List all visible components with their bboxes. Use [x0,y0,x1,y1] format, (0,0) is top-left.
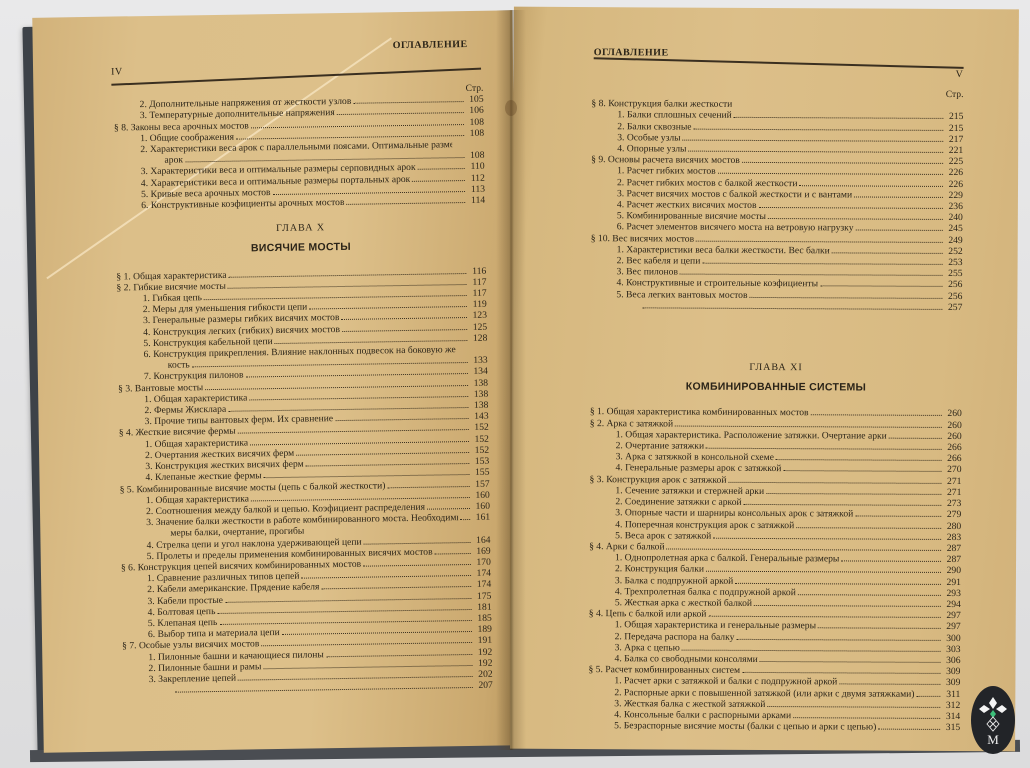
page-number: V [956,69,964,80]
dot-leader [335,411,469,421]
toc-entry-title: 5. Комбинированные висячие мосты [617,210,766,222]
svg-text:M: M [987,732,999,747]
toc-entry-page: 225 [945,156,963,167]
dot-leader [728,475,941,484]
dot-leader [702,256,942,265]
toc-entry-page: 174 [473,579,491,590]
toc-entry-title: 5. Веса арок с затяжкой [615,530,711,542]
toc-entry-page: 245 [945,223,963,234]
toc-entry-title: 4. Расчет жестких висячих мостов [617,199,757,211]
toc-entry-page: 226 [945,179,963,190]
toc-entry-title: 4. Консольные балки с распорными арками [614,709,791,721]
toc-entry-title: 1. Расчет гибких мостов [617,166,716,178]
toc-entry-page: 287 [943,554,961,565]
dot-leader [776,452,942,461]
dot-leader [832,245,943,254]
toc-entry-page: 303 [943,644,961,655]
dot-leader [460,512,470,520]
dot-leader [680,267,943,276]
dot-leader [683,132,944,141]
dot-leader [363,557,471,567]
toc-entry-page: 217 [945,134,963,145]
toc-entry-page: 174 [473,568,491,579]
toc-entry-title: 3. Жесткая балка с жесткой затяжкой [614,698,765,710]
dot-leader [750,290,943,299]
dot-leader [321,579,471,589]
toc-entry-page: 189 [474,624,492,635]
toc-entry-page: 170 [473,557,491,568]
dot-leader [799,178,943,187]
dot-leader [811,408,942,417]
toc-entry-title: 1. Гибкая цепь [143,292,202,304]
toc-entry-title: 5. Безраспорные висячие мосты (балки с ц… [614,720,876,733]
toc-entry-page: 314 [942,711,960,722]
toc-entry-title: 1. Сечение затяжки и стержней арки [615,485,764,497]
dot-leader [434,546,470,555]
toc-chapter-entries: § 1. Общая характеристика116§ 2. Гибкие … [116,265,493,696]
toc-entry-page: 236 [945,201,963,212]
toc-entry-title: 4. Генеральные размеры арок с затяжкой [616,463,782,475]
dot-leader [275,333,468,344]
toc-entry-page: 309 [942,677,960,688]
toc-entry-page: 169 [473,545,491,556]
dot-leader [708,609,940,618]
dot-leader [353,94,463,104]
toc-entry-page: 192 [474,646,492,657]
dot-leader [854,189,943,197]
toc-entry: 257 [590,300,962,313]
toc-entry-page: 160 [472,489,490,500]
toc-entry-page: 229 [945,190,963,201]
toc-entry-title: 3. Арка с цепью [615,642,680,654]
toc-entry-page: 138 [470,400,488,411]
toc-entry-page: 134 [470,366,488,377]
toc-entry-page: 152 [471,445,489,456]
toc-entry-title: 2. Балки сквозные [617,121,691,133]
dot-leader [818,621,941,630]
toc-entry-page: 128 [469,333,487,344]
dot-leader [418,161,465,170]
table-of-contents: Стр. § 8. Конструкция балки жесткости1. … [588,87,963,733]
toc-entry-page: 293 [943,588,961,599]
chapter-label: ГЛАВА XI [590,361,962,374]
dot-leader [735,575,941,584]
ornament-logo-icon: M [978,693,1008,747]
toc-entry-page: 312 [942,700,960,711]
toc-entry-page: 256 [944,279,962,290]
toc-entry-page: 290 [943,565,961,576]
toc-entry-title: 2. Конструкция балки [615,564,704,576]
toc-entry-page: 215 [945,111,963,122]
dot-leader [694,121,944,130]
toc-entry-page: 260 [944,420,962,431]
toc-entry-page: 283 [943,532,961,543]
toc-entry-page: 191 [474,635,492,646]
toc-entry-page: 279 [943,509,961,520]
toc-entry-page: 161 [472,512,490,523]
toc-entry-page: 108 [466,128,484,139]
toc-entry-page: 271 [943,476,961,487]
chapter-title: КОМБИНИРОВАННЫЕ СИСТЕМЫ [590,381,962,394]
toc-entry-page: 280 [943,520,961,531]
toc-entry-page: 119 [469,299,487,310]
toc-entry-page: 133 [470,355,488,366]
toc-entry-page: 271 [943,487,961,498]
toc-entry-page: 311 [942,688,960,699]
dot-leader [346,195,465,205]
toc-entry-page: 240 [945,212,963,223]
toc-entry-page: 152 [471,433,489,444]
toc-entry-page: 260 [944,431,962,442]
toc-entry-page: 207 [475,680,493,691]
toc-entry-page: 155 [471,467,489,478]
toc-entry-title: 3. Арка с затяжкой в консольной схеме [616,452,774,464]
dot-leader [734,110,944,119]
dot-leader [766,486,941,495]
dot-leader [742,155,943,164]
dot-leader [706,441,942,450]
toc-section-previous: 2. Дополнительные напряжения от жесткост… [114,94,486,212]
toc-entry-page: 253 [945,257,963,268]
dot-leader [754,598,941,607]
dot-leader [759,200,943,209]
toc-entry-page: 297 [943,610,961,621]
toc-entry: 5. Безраспорные висячие мосты (балки с ц… [588,720,960,733]
running-head: ОГЛАВЛЕНИЕ [393,39,468,51]
toc-entry-page: 117 [469,288,487,299]
toc-entry-title: арок [164,155,183,166]
toc-entry-page: 108 [466,150,484,161]
dot-leader [306,456,470,467]
toc-entry-page: 257 [944,302,962,313]
dot-leader [889,431,942,439]
toc-entry-title: 3. Вес пилонов [617,266,679,278]
toc-entry-page: 105 [466,94,484,105]
dot-leader [387,479,469,488]
toc-entry-page: 221 [945,145,963,156]
toc-entry-page: 294 [943,599,961,610]
toc-entry-title: 3. Балка с подпружной аркой [615,575,733,587]
toc-entry-title: 4. Балка со свободными консолями [615,653,758,665]
dot-leader [706,564,941,573]
watermark-badge: M [971,686,1015,754]
toc-entry-page: 108 [466,116,484,127]
dot-leader [667,541,942,550]
dot-leader [878,722,940,730]
dot-leader [296,445,469,456]
toc-entry-page: 123 [469,310,487,321]
toc-entry-page: 175 [473,590,491,601]
dot-leader [457,344,467,352]
dot-leader [783,464,941,473]
toc-entry-title: § 2. Арка с затяжкой [590,418,673,430]
dot-leader [841,554,941,563]
dot-leader [855,223,942,231]
toc-entry-page: 309 [942,666,960,677]
dot-leader [642,300,942,310]
page-number: IV [111,66,123,77]
dot-leader [341,310,467,320]
toc-entry-page: 143 [470,411,488,422]
toc-chapter-entries: § 1. Общая характеристика комбинированны… [588,407,962,734]
toc-entry-page: 297 [943,621,961,632]
dot-leader [820,279,942,288]
dot-leader [675,418,942,427]
dot-leader [364,535,471,545]
dot-leader [282,624,472,635]
dot-leader [767,699,940,708]
dot-leader [839,677,940,686]
toc-entry-title: § 8. Конструкция балки жесткости [591,98,732,110]
toc-entry-page: 252 [945,246,963,257]
toc-entry-title: 4. Опорные узлы [617,143,686,155]
toc-entry-page: 112 [467,172,485,183]
toc-entry-page: 202 [475,669,493,680]
dot-leader [713,530,941,539]
toc-entry-title: 6. Конструктивные коэфициенты арочных мо… [141,197,344,211]
toc-entry-page: 152 [471,422,489,433]
toc-entry-page: 106 [466,105,484,116]
dot-leader [718,166,943,175]
toc-entry-page: 116 [468,265,486,276]
dot-leader [272,184,465,195]
toc-entry-title: 2. Расчет гибких мостов с балкой жесткос… [617,177,798,189]
toc-entry-title: § 5. Расчет комбинированных систем [588,664,740,676]
toc-entry-title: § 4. Цепь с балкой или аркой [589,608,707,620]
toc-entry-title: 5. Веса легких вантовых мостов [616,289,747,301]
toc-entry-title: 2. Передача распора на балку [615,631,735,643]
dot-leader [736,631,940,640]
toc-entry-title: § 3. Конструкция арок с затяжкой [589,474,726,486]
toc-entry-page: 117 [468,277,486,288]
dot-leader [793,710,940,719]
toc-entry-page: 138 [470,389,488,400]
dot-leader [337,105,464,115]
toc-entry-page: 185 [474,613,492,624]
dot-leader [229,266,467,278]
toc-entry-title: 2. Вес кабеля и цепи [617,255,701,267]
dot-leader [855,509,941,517]
chapter-title: ВИСЯЧИЕ МОСТЫ [116,240,486,257]
toc-entry-page: 256 [944,291,962,302]
toc-entry-title: § 9. Основы расчета висячих мостов [591,154,740,166]
toc-entry-title: 2. Очертание затяжки [616,440,705,452]
toc-entry-page: 110 [467,161,485,172]
dot-leader [916,688,940,696]
toc-entry-page: 181 [473,601,491,612]
dot-leader [454,139,464,147]
right-page: ОГЛАВЛЕНИЕ V Стр. § 8. Конструкция балки… [510,7,1019,752]
toc-entry-page: 291 [943,576,961,587]
toc-entry-page: 287 [943,543,961,554]
toc-entry-page: 315 [942,722,960,733]
dot-leader [689,144,944,153]
dot-leader [742,665,940,674]
toc-entry-title: 4. Трехпролетная балка с подпружной арко… [615,586,796,598]
toc-entry-page: 266 [944,442,962,453]
toc-entry-title: 3. Особые узлы [617,132,680,144]
toc-entry-title: 2. Соединение затяжки с аркой [615,496,741,508]
table-of-contents: Стр. 2. Дополнительные напряжения от жес… [113,83,493,697]
toc-entry-page: 300 [943,632,961,643]
toc-entry-page: 114 [467,195,485,206]
dot-leader [734,99,943,108]
dot-leader [744,497,942,506]
toc-entry-page: 192 [474,657,492,668]
toc-entry-page: 226 [945,167,963,178]
toc-entry-title: 4. Поперечная конструкция арок с затяжко… [615,519,794,531]
dot-leader [427,501,470,510]
toc-entry-page: 138 [470,377,488,388]
toc-entry-page: 260 [944,408,962,419]
dot-leader [309,299,467,309]
toc-entry-page: 125 [469,321,487,332]
toc-entry-page: 249 [945,235,963,246]
toc-entry-page: 255 [945,268,963,279]
toc-entry-page: 273 [943,498,961,509]
toc-entry-page: 306 [942,655,960,666]
dot-leader [412,173,465,182]
toc-entry-page: 113 [467,184,485,195]
dot-leader [301,568,471,579]
toc-entry-title: 5. Жесткая арка с жесткой балкой [615,597,752,609]
dot-leader [760,654,941,663]
toc-section-previous: § 8. Конструкция балки жесткости1. Балки… [590,98,963,313]
toc-entry-title: 1. Балки сплошных сечений [617,110,732,122]
dot-leader [682,642,941,651]
dot-leader [696,233,943,242]
header-rule [594,57,964,69]
toc-entry-page: 266 [944,453,962,464]
toc-entry-title: § 10. Вес висячих мостов [591,233,694,245]
toc-entry-page: 270 [943,464,961,475]
toc-entry-page: 160 [472,501,490,512]
toc-entry-title: кость [168,360,190,372]
dot-leader [768,211,943,220]
dot-leader [342,322,467,332]
toc-entry-page: 157 [472,478,490,489]
dot-leader [306,523,470,534]
dot-leader [326,647,473,657]
dot-leader [798,587,941,596]
toc-entry-page: 215 [945,123,963,134]
dot-leader [796,520,941,529]
toc-entry-title: § 4. Арки с балкой [589,541,665,553]
page-stain [505,100,517,116]
toc-entry-page: 153 [471,456,489,467]
chapter-label: ГЛАВА X [116,220,486,237]
toc-entry-page: 164 [472,534,490,545]
left-page: IV ОГЛАВЛЕНИЕ Стр. 2. Дополнительные нап… [32,10,523,752]
